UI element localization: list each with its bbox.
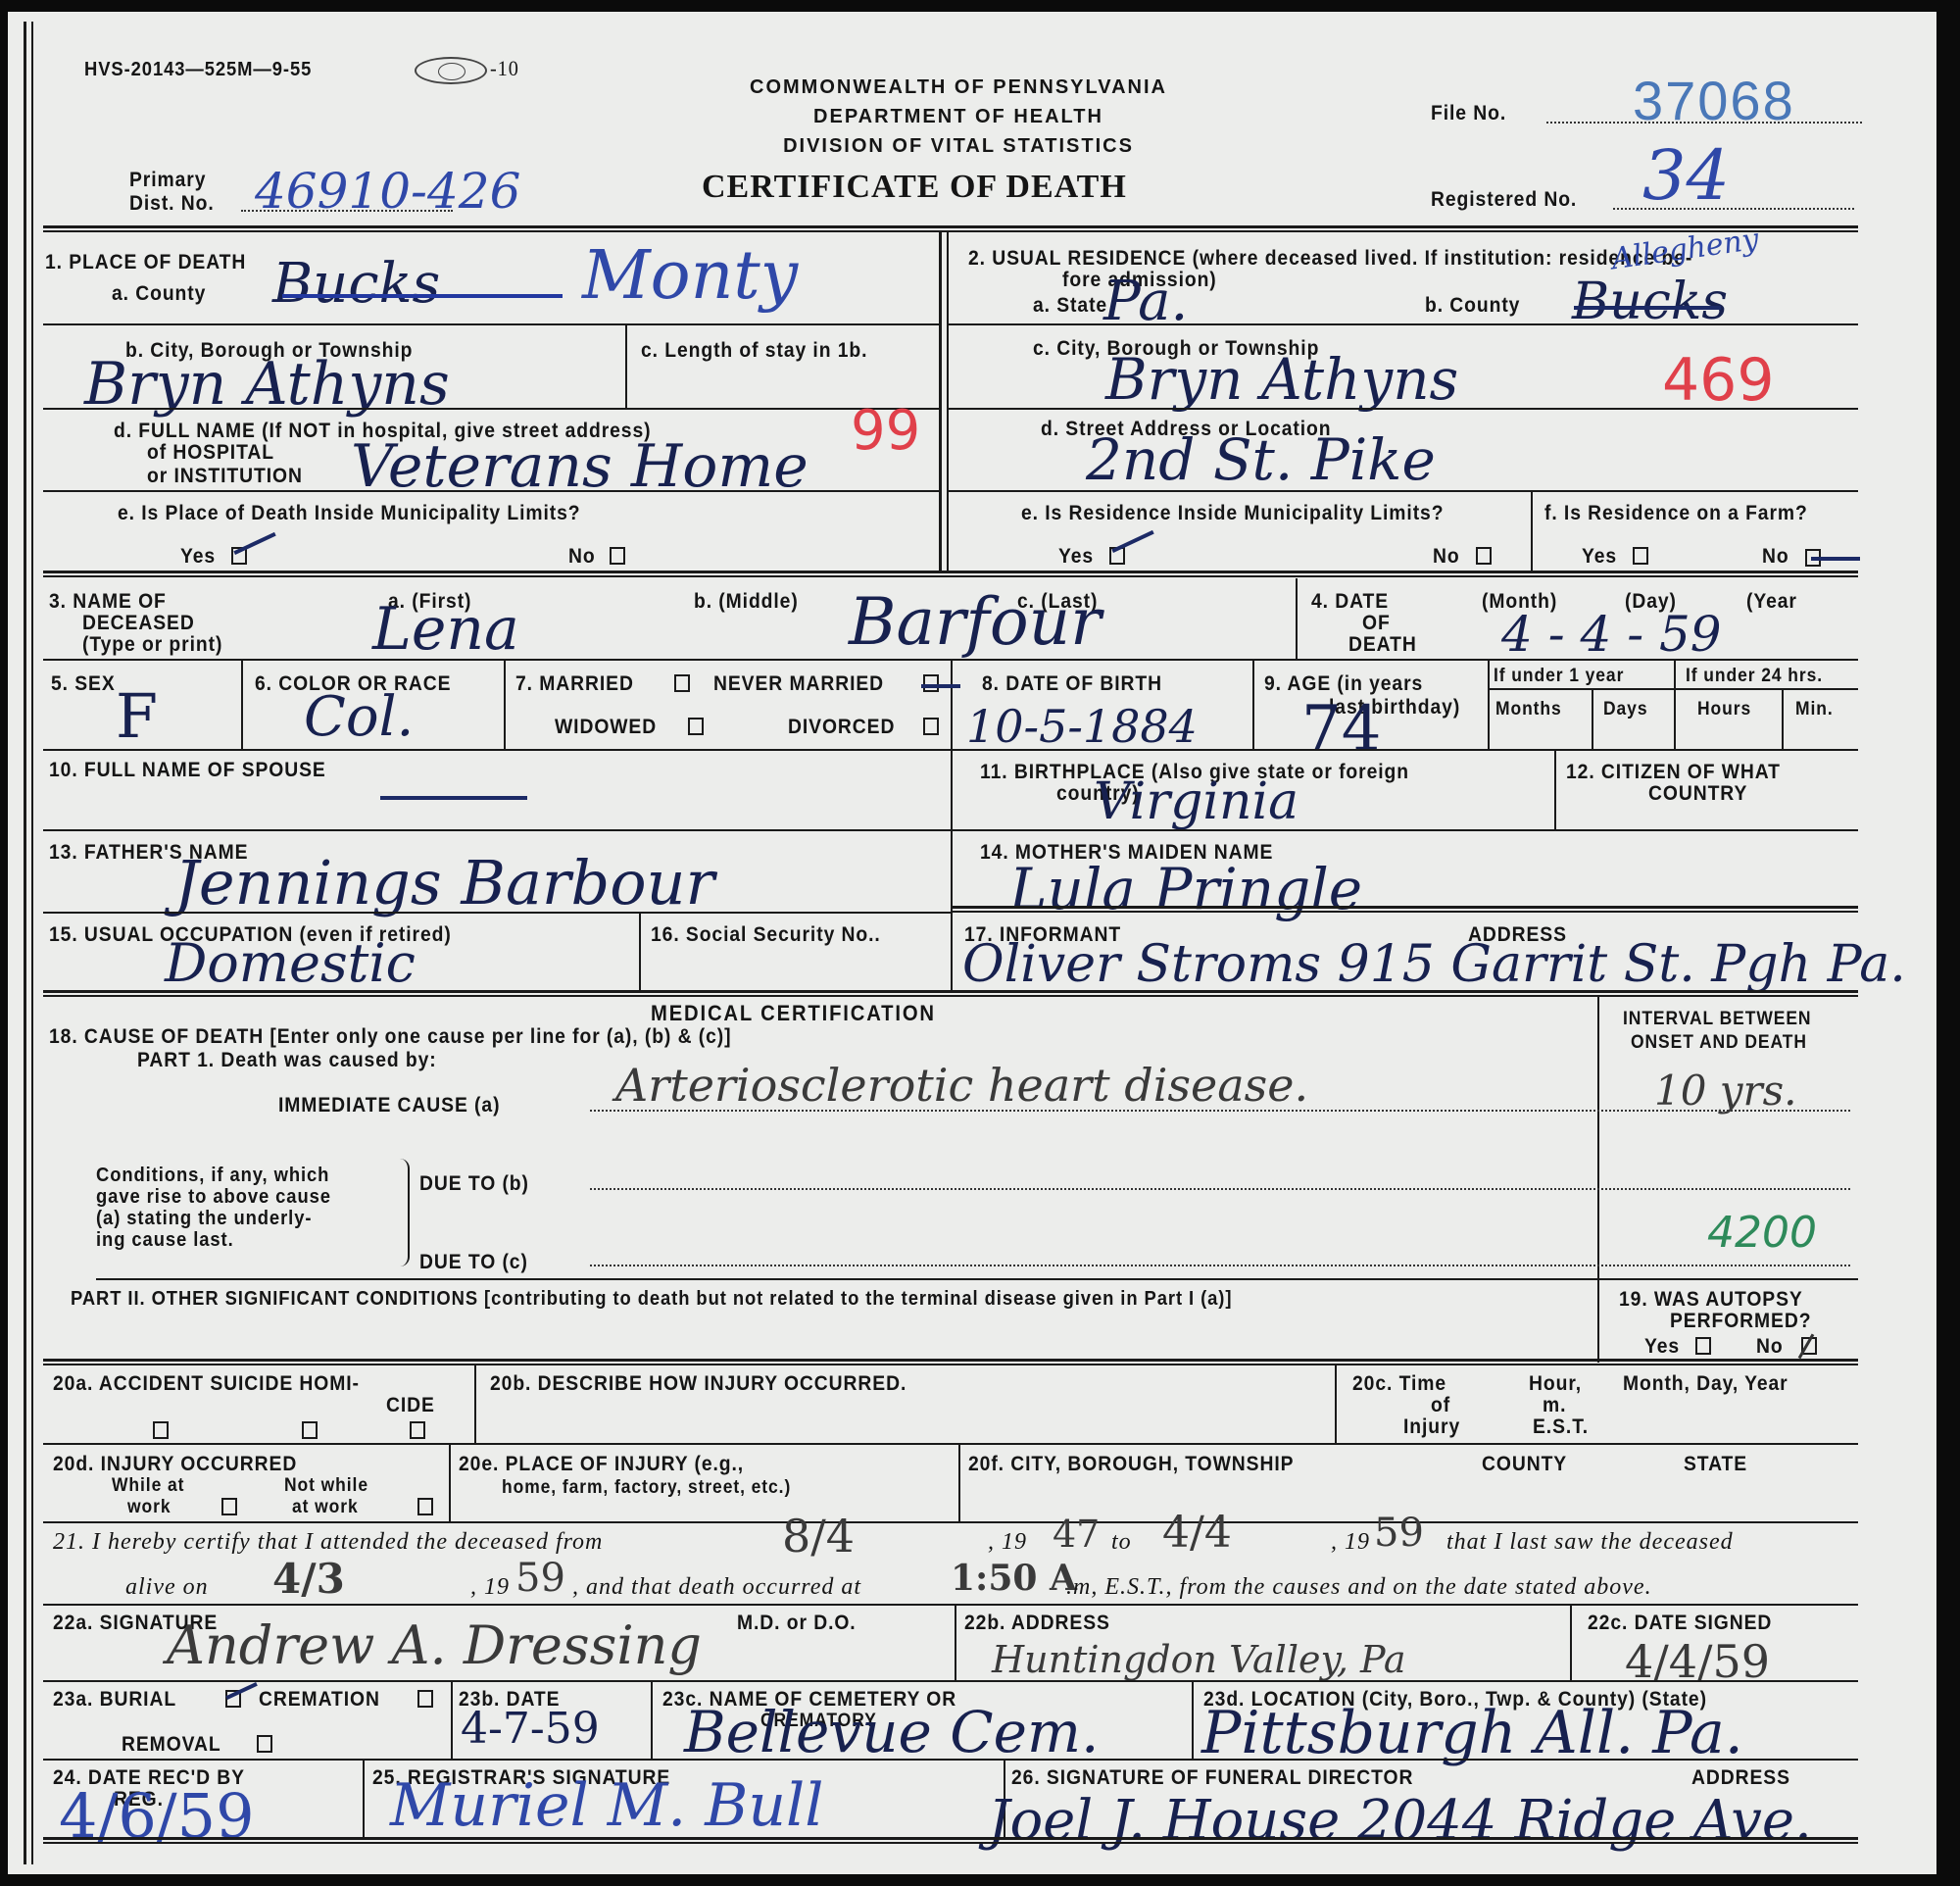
sex-value: F (116, 686, 158, 747)
while-at-work-checkbox[interactable] (221, 1498, 237, 1515)
bottom-rule (43, 1837, 1858, 1844)
due-to-b-line (590, 1186, 1850, 1190)
cremation-checkbox[interactable] (417, 1690, 433, 1708)
page-title: CERTIFICATE OF DEATH (702, 169, 1127, 206)
attended-from-value: 8/4 (782, 1514, 855, 1559)
part2-label: PART II. OTHER SIGNIFICANT CONDITIONS [c… (71, 1288, 1232, 1311)
rule (958, 1443, 960, 1521)
injury-type-label-2: CIDE (386, 1394, 435, 1416)
immediate-cause-label: IMMEDIATE CAUSE (a) (278, 1094, 500, 1117)
due-to-c-line (590, 1263, 1850, 1266)
cert-line1-b: , 19 (988, 1529, 1027, 1556)
pod-hospital-label-3: or INSTITUTION (147, 465, 303, 487)
pod-hospital-value: Veterans Home (351, 437, 808, 496)
physician-signature: Andrew A. Dressing (167, 1619, 702, 1672)
res-inside-no-label: No (1433, 545, 1460, 568)
months-label: Months (1495, 698, 1562, 720)
rule (43, 408, 939, 410)
rule (1531, 490, 1533, 571)
age-value: 74 (1301, 698, 1381, 761)
dod-year-label: (Year (1746, 590, 1797, 613)
rule (1570, 1604, 1572, 1680)
death-certificate-page: HVS-20143—525M—9-55 -10 COMMONWEALTH OF … (8, 12, 1936, 1874)
date-signed-value: 4/4/59 (1625, 1639, 1770, 1684)
time-of-injury-label-1: 20c. Time (1352, 1372, 1446, 1395)
date-signed-label: 22c. DATE SIGNED (1588, 1612, 1772, 1634)
accident-checkbox[interactable] (153, 1421, 169, 1439)
while-at-work-label-2: work (127, 1496, 171, 1518)
first-name-value: Lena (372, 600, 519, 659)
cert-line2-a: alive on (125, 1574, 209, 1601)
widowed-checkbox[interactable] (688, 718, 704, 735)
registered-no-value: 34 (1642, 141, 1730, 210)
min-label: Min. (1795, 698, 1834, 720)
pod-city-value: Bryn Athyns (84, 355, 450, 414)
cert-line-1: 21. I hereby certify that I attended the… (53, 1529, 603, 1556)
dod-label-3: DEATH (1348, 633, 1417, 656)
attended-to-value: 4/4 (1162, 1512, 1232, 1555)
pod-no-label: No (568, 545, 596, 568)
part1-label: PART 1. Death was caused by: (137, 1049, 437, 1071)
cert-line2-b: , 19 (470, 1574, 510, 1601)
homicide-checkbox[interactable] (410, 1421, 425, 1439)
never-married-label: NEVER MARRIED (713, 672, 884, 695)
pod-inside-no-checkbox[interactable] (610, 547, 625, 565)
days-label: Days (1603, 698, 1647, 720)
autopsy-label-2: PERFORMED? (1670, 1310, 1811, 1332)
deceased-name-label-1: 3. NAME OF (49, 590, 167, 613)
rule (451, 1680, 453, 1759)
rule (96, 1278, 1858, 1280)
dod-value: 4 - 4 - 59 (1501, 610, 1722, 659)
citizen-label-2: COUNTRY (1648, 782, 1747, 805)
place-of-injury-label-2: home, farm, factory, street, etc.) (502, 1476, 791, 1499)
rule (955, 1604, 956, 1680)
removal-checkbox[interactable] (257, 1735, 272, 1753)
interval-value: 10 yrs. (1654, 1070, 1797, 1112)
rule (951, 906, 1858, 913)
disposition-date-value: 4-7-59 (461, 1708, 600, 1751)
rule (1782, 688, 1784, 749)
last-seen-alive-value: 4/3 (272, 1559, 345, 1600)
informant-value: Oliver Stroms 915 Garrit St. Pgh Pa. (962, 939, 1906, 990)
cert-line1-d: , 19 (1331, 1529, 1370, 1556)
pod-inside-limits-label: e. Is Place of Death Inside Municipality… (118, 502, 581, 524)
rule (504, 659, 506, 749)
top-rule (43, 225, 1858, 232)
rule (449, 1443, 451, 1521)
checkmark-icon (921, 684, 960, 688)
dob-value: 10-5-1884 (966, 704, 1198, 749)
rule (951, 659, 953, 749)
rule (43, 1521, 1858, 1523)
pod-hospital-label-2: of HOSPITAL (147, 441, 274, 464)
while-at-work-label-1: While at (112, 1474, 184, 1497)
injury-city-label: 20f. CITY, BOROUGH, TOWNSHIP (968, 1453, 1294, 1475)
describe-injury-label: 20b. DESCRIBE HOW INJURY OCCURRED. (490, 1372, 906, 1395)
married-checkbox[interactable] (674, 674, 690, 692)
widowed-label: WIDOWED (555, 716, 657, 738)
rule (1597, 996, 1599, 1363)
interval-label-1: INTERVAL BETWEEN (1623, 1008, 1811, 1030)
union-label-suffix: -10 (490, 57, 519, 79)
cemetery-location-value: Pittsburgh All. Pa. (1201, 1704, 1743, 1762)
rule (1252, 659, 1254, 749)
cemetery-value: Bellevue Cem. (684, 1704, 1099, 1761)
due-to-c-label: DUE TO (c) (419, 1251, 528, 1273)
rule (651, 1680, 653, 1759)
left-border (24, 22, 26, 1864)
union-label-icon (415, 57, 487, 84)
form-number: HVS-20143—525M—9-55 (84, 59, 312, 81)
rule (947, 408, 1858, 410)
res-state-label: a. State (1033, 294, 1107, 317)
primary-dist-value: 46910-426 (255, 167, 520, 216)
rule (951, 749, 953, 992)
month-day-year-label: Month, Day, Year (1623, 1372, 1788, 1395)
rule (1592, 688, 1593, 749)
hour-label-2: m. (1543, 1394, 1566, 1416)
immediate-cause-value: Arteriosclerotic heart disease. (615, 1063, 1308, 1108)
ssn-label: 16. Social Security No.. (651, 923, 881, 946)
res-inside-no-checkbox[interactable] (1476, 547, 1492, 565)
divorced-checkbox[interactable] (923, 718, 939, 735)
res-farm-yes-label: Yes (1582, 545, 1617, 568)
section-rule (43, 990, 1858, 997)
res-inside-yes-label: Yes (1058, 545, 1094, 568)
deceased-name-label-3: (Type or print) (82, 633, 222, 656)
rule (43, 1604, 1858, 1606)
cert-line1-e: that I last saw the deceased (1446, 1529, 1734, 1556)
res-inside-limits-label: e. Is Residence Inside Municipality Limi… (1021, 502, 1444, 524)
injury-occurred-label: 20d. INJURY OCCURRED (53, 1453, 297, 1475)
under-1-year-label: If under 1 year (1494, 665, 1624, 687)
under-24-hrs-label: If under 24 hrs. (1686, 665, 1823, 687)
rule (43, 1680, 1858, 1682)
rule (625, 323, 627, 408)
suicide-checkbox[interactable] (302, 1421, 318, 1439)
res-county-strike-line (1574, 306, 1721, 310)
section-rule (43, 571, 1858, 577)
file-no-value: 37068 (1633, 69, 1795, 132)
not-while-at-work-label-1: Not while (284, 1474, 368, 1497)
section-divider-right (947, 232, 949, 571)
conditions-label-2: gave rise to above cause (96, 1186, 331, 1209)
injury-county-label: COUNTY (1482, 1453, 1567, 1475)
age-label-1: 9. AGE (in years (1264, 672, 1423, 695)
dod-label-1: 4. DATE (1311, 590, 1389, 613)
birthplace-value: Virginia (1094, 776, 1298, 827)
pod-hospital-code: 99 (851, 404, 920, 459)
registrar-signature-value: Muriel M. Bull (390, 1776, 823, 1835)
pod-county-value: Monty (582, 243, 798, 310)
conditions-label-1: Conditions, if any, which (96, 1165, 329, 1187)
cert-line1-c: to (1111, 1529, 1132, 1556)
hours-label: Hours (1697, 698, 1751, 720)
medical-certification-title: MEDICAL CERTIFICATION (651, 1002, 936, 1024)
rule (43, 323, 939, 325)
agency-line-2: DEPARTMENT OF HEALTH (694, 106, 1223, 128)
rule (1335, 1365, 1337, 1443)
funeral-director-label: 26. SIGNATURE OF FUNERAL DIRECTOR (1011, 1766, 1413, 1789)
rule (1488, 688, 1858, 690)
rule (43, 490, 939, 492)
autopsy-no-label: No (1756, 1335, 1784, 1358)
cert-line2-c: , and that death occurred at (572, 1574, 861, 1601)
never-married-checkbox[interactable] (923, 674, 939, 692)
hour-label-3: E.S.T. (1533, 1415, 1589, 1438)
due-to-b-label: DUE TO (b) (419, 1172, 529, 1195)
burial-label: 23a. BURIAL (53, 1688, 176, 1711)
hour-label-1: Hour, (1529, 1372, 1582, 1395)
funeral-director-address-label: ADDRESS (1691, 1766, 1790, 1789)
dob-label: 8. DATE OF BIRTH (982, 672, 1162, 695)
place-of-death-label: 1. PLACE OF DEATH (45, 251, 246, 273)
brace-icon (398, 1159, 410, 1266)
occupation-value: Domestic (165, 937, 416, 990)
rule (1674, 659, 1676, 749)
pod-length-of-stay-label: c. Length of stay in 1b. (641, 339, 867, 362)
autopsy-label-1: 19. WAS AUTOPSY (1619, 1288, 1803, 1311)
res-county-label: b. County (1425, 294, 1520, 317)
spouse-label: 10. FULL NAME OF SPOUSE (49, 759, 326, 781)
citizen-label-1: 12. CITIZEN OF WHAT (1566, 761, 1781, 783)
interval-label-2: ONSET AND DEATH (1631, 1031, 1807, 1054)
time-of-injury-label-3: Injury (1403, 1415, 1460, 1438)
pod-yes-label: Yes (180, 545, 216, 568)
rule (43, 1759, 1858, 1761)
res-farm-yes-checkbox[interactable] (1633, 547, 1648, 565)
attended-to-year: 59 (1374, 1514, 1424, 1553)
spouse-value-dash (380, 796, 527, 800)
res-state-value: Pa. (1103, 274, 1188, 329)
rule (43, 829, 1858, 831)
md-or-do-label: M.D. or D.O. (737, 1612, 857, 1634)
conditions-label-3: (a) stating the underly- (96, 1208, 312, 1230)
removal-label: REMOVAL (122, 1733, 221, 1756)
rule (1554, 749, 1556, 829)
race-value: Col. (304, 690, 414, 745)
injury-state-label: STATE (1684, 1453, 1747, 1475)
agency-line-1: COMMONWEALTH OF PENNSYLVANIA (694, 76, 1223, 99)
primary-dist-label-2: Dist. No. (129, 192, 215, 215)
not-while-at-work-label-2: at work (292, 1496, 359, 1518)
middle-name-label: b. (Middle) (694, 590, 799, 613)
physician-address-value: Huntingdon Valley, Pa (992, 1641, 1406, 1678)
last-seen-alive-year: 59 (515, 1559, 565, 1598)
registered-no-label: Registered No. (1431, 188, 1577, 211)
deceased-name-label-2: DECEASED (82, 612, 195, 634)
file-no-label: File No. (1431, 102, 1506, 124)
physician-address-label: 22b. ADDRESS (964, 1612, 1110, 1634)
checkmark-icon (1811, 557, 1860, 561)
res-farm-label: f. Is Residence on a Farm? (1544, 502, 1808, 524)
pod-county-label: a. County (112, 282, 206, 305)
agency-line-3: DIVISION OF VITAL STATISTICS (694, 135, 1223, 158)
res-city-code: 469 (1662, 351, 1775, 410)
injury-type-label: 20a. ACCIDENT SUICIDE HOMI- (53, 1372, 360, 1395)
rule (639, 912, 641, 992)
married-label: 7. MARRIED (515, 672, 634, 695)
residence-label-1: 2. USUAL RESIDENCE (where deceased lived… (968, 247, 1692, 270)
pod-county-struck: Bucks (272, 257, 440, 312)
section-rule (43, 1359, 1858, 1365)
cert-line1-a: 21. I hereby certify that I attended the… (53, 1529, 603, 1555)
cremation-label: CREMATION (259, 1688, 380, 1711)
father-value: Jennings Barbour (174, 853, 714, 914)
place-of-injury-label-1: 20e. PLACE OF INJURY (e.g., (459, 1453, 744, 1475)
divorced-label: DIVORCED (788, 716, 895, 738)
autopsy-yes-checkbox[interactable] (1695, 1337, 1711, 1355)
rule (947, 490, 1858, 492)
autopsy-yes-label: Yes (1644, 1335, 1680, 1358)
rule (947, 323, 1858, 325)
attended-from-year: 47 (1053, 1515, 1100, 1553)
cause-of-death-label: 18. CAUSE OF DEATH [Enter only one cause… (49, 1025, 731, 1048)
dod-label-2: OF (1362, 612, 1391, 634)
res-farm-no-label: No (1762, 545, 1789, 568)
rule (43, 1443, 1858, 1445)
not-while-at-work-checkbox[interactable] (417, 1498, 433, 1515)
res-city-value: Bryn Athyns (1105, 351, 1458, 408)
res-street-value: 2nd St. Pike (1086, 431, 1436, 488)
classification-code: 4200 (1707, 1212, 1817, 1255)
rule (363, 1759, 365, 1837)
time-of-death-value: 1:50 A (951, 1561, 1077, 1596)
rule (1296, 578, 1298, 661)
left-border-inner (31, 22, 33, 1864)
rule (1488, 659, 1490, 749)
section-divider-left (939, 232, 942, 571)
last-name-value: Barfour (849, 590, 1102, 655)
time-of-injury-label-2: of (1431, 1394, 1450, 1416)
conditions-label-4: ing cause last. (96, 1229, 234, 1252)
pod-county-strike-line (282, 294, 563, 298)
sex-label: 5. SEX (51, 672, 116, 695)
rule (241, 659, 243, 749)
res-county-struck: Bucks (1572, 276, 1728, 327)
primary-dist-label-1: Primary (129, 169, 206, 191)
cert-line2-d: .m, E.S.T., from the causes and on the d… (1066, 1574, 1652, 1601)
rule (43, 912, 951, 914)
rule (474, 1365, 476, 1443)
rule (1192, 1680, 1194, 1759)
